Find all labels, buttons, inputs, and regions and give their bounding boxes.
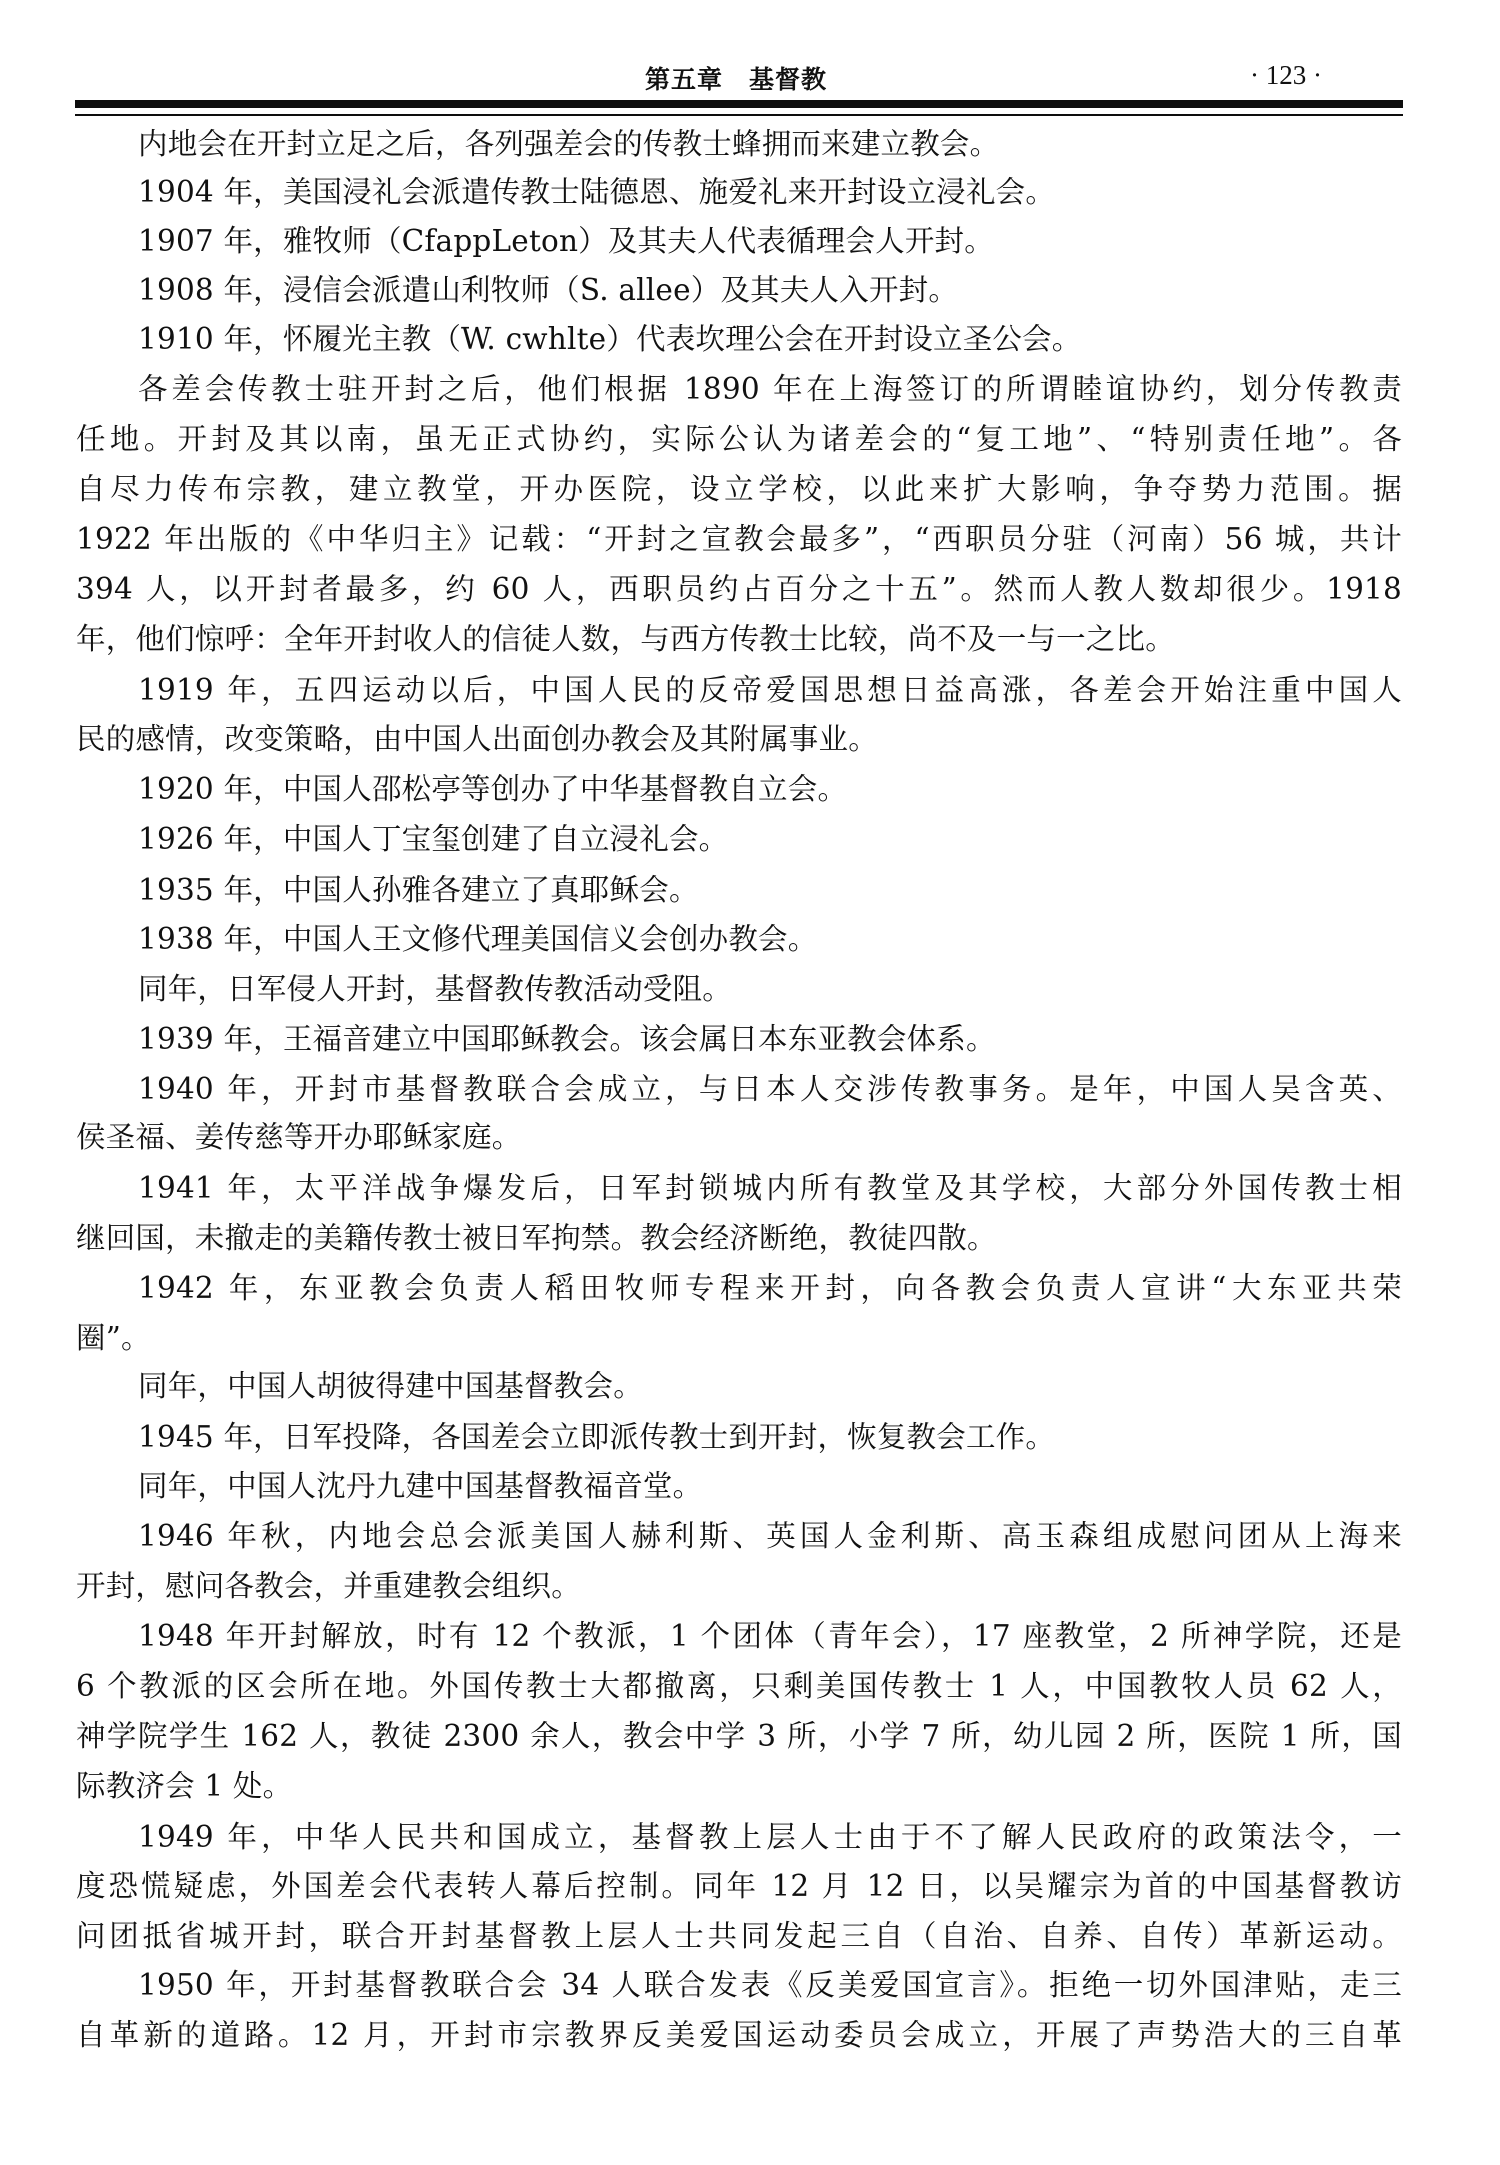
text-line: 问团抵省城开封，联合开封基督教上层人士共同发起三自（自治、自养、自传）革新运动。 bbox=[76, 1916, 1402, 1956]
text-line: 同年，中国人沈丹九建中国基督教福音堂。 bbox=[138, 1466, 1402, 1506]
text-line: 内地会在开封立足之后，各列强差会的传教士蜂拥而来建立教会。 bbox=[138, 124, 1402, 164]
header-rule-thick bbox=[75, 100, 1403, 108]
text-line: 神学院学生 162 人，教徒 2300 余人，教会中学 3 所，小学 7 所，幼… bbox=[76, 1716, 1402, 1756]
text-line: 6 个教派的区会所在地。外国传教士大都撤离，只剩美国传教士 1 人，中国教牧人员… bbox=[76, 1666, 1402, 1706]
text-line: 同年，日军侵人开封，基督教传教活动受阻。 bbox=[138, 969, 1402, 1009]
text-line: 1904 年，美国浸礼会派遣传教士陆德恩、施爱礼来开封设立浸礼会。 bbox=[138, 172, 1402, 212]
text-line: 1948 年开封解放，时有 12 个教派，1 个团体（青年会），17 座教堂，2… bbox=[138, 1616, 1402, 1656]
text-line: 任地。开封及其以南，虽无正式协约，实际公认为诸差会的“复工地”、“特别责任地”。… bbox=[76, 419, 1402, 459]
text-line: 开封，慰问各教会，并重建教会组织。 bbox=[76, 1566, 1402, 1606]
text-line: 1910 年，怀履光主教（W. cwhlte）代表坎理公会在开封设立圣公会。 bbox=[138, 319, 1402, 359]
text-line: 1939 年，王福音建立中国耶稣教会。该会属日本东亚教会体系。 bbox=[138, 1019, 1402, 1059]
text-line: 1946 年秋，内地会总会派美国人赫利斯、英国人金利斯、高玉森组成慰问团从上海来 bbox=[138, 1516, 1402, 1556]
text-line: 1945 年，日军投降，各国差会立即派传教士到开封，恢复教会工作。 bbox=[138, 1417, 1402, 1457]
text-line: 自尽力传布宗教，建立教堂，开办医院，设立学校，以此来扩大影响，争夺势力范围。据 bbox=[76, 469, 1402, 509]
text-line: 1920 年，中国人邵松亭等创办了中华基督教自立会。 bbox=[138, 769, 1402, 809]
text-line: 际教济会 1 处。 bbox=[76, 1766, 1402, 1806]
text-line: 1949 年，中华人民共和国成立，基督教上层人士由于不了解人民政府的政策法令，一 bbox=[138, 1817, 1402, 1857]
header-rule-thin bbox=[75, 114, 1403, 116]
text-line: 1907 年，雅牧师（CfappLeton）及其夫人代表循理会人开封。 bbox=[138, 221, 1402, 261]
text-line: 侯圣福、姜传慈等开办耶稣家庭。 bbox=[76, 1117, 1402, 1157]
text-line: 1942 年，东亚教会负责人稻田牧师专程来开封，向各教会负责人宣讲“大东亚共荣 bbox=[138, 1268, 1402, 1308]
text-line: 年，他们惊呼：全年开封收人的信徒人数，与西方传教士比较，尚不及一与一之比。 bbox=[76, 619, 1402, 659]
text-line: 同年，中国人胡彼得建中国基督教会。 bbox=[138, 1366, 1402, 1406]
text-line: 1940 年，开封市基督教联合会成立，与日本人交涉传教事务。是年，中国人吴含英、 bbox=[138, 1069, 1402, 1109]
text-line: 民的感情，改变策略，由中国人出面创办教会及其附属事业。 bbox=[76, 719, 1402, 759]
text-line: 1926 年，中国人丁宝玺创建了自立浸礼会。 bbox=[138, 819, 1402, 859]
text-line: 继回国，未撤走的美籍传教士被日军拘禁。教会经济断绝，教徒四散。 bbox=[76, 1218, 1402, 1258]
text-line: 1908 年，浸信会派遣山利牧师（S. allee）及其夫人入开封。 bbox=[138, 270, 1402, 310]
text-line: 394 人，以开封者最多，约 60 人，西职员约占百分之十五”。然而人教人数却很… bbox=[76, 569, 1402, 609]
text-line: 各差会传教士驻开封之后，他们根据 1890 年在上海签订的所谓睦谊协约，划分传教… bbox=[138, 369, 1402, 409]
chapter-title: 第五章 基督教 bbox=[645, 60, 827, 96]
text-line: 自革新的道路。12 月，开封市宗教界反美爱国运动委员会成立，开展了声势浩大的三自… bbox=[76, 2015, 1402, 2055]
text-line: 度恐慌疑虑，外国差会代表转人幕后控制。同年 12 月 12 日，以吴耀宗为首的中… bbox=[76, 1866, 1402, 1906]
text-line: 1950 年，开封基督教联合会 34 人联合发表《反美爱国宣言》。拒绝一切外国津… bbox=[138, 1965, 1402, 2005]
text-line: 1935 年，中国人孙雅各建立了真耶稣会。 bbox=[138, 870, 1402, 910]
text-line: 圈”。 bbox=[76, 1318, 1402, 1358]
text-line: 1922 年出版的《中华归主》记载：“开封之宣教会最多”，“西职员分驻（河南）5… bbox=[76, 519, 1402, 559]
text-line: 1919 年，五四运动以后，中国人民的反帝爱国思想日益高涨，各差会开始注重中国人 bbox=[138, 670, 1402, 710]
text-line: 1938 年，中国人王文修代理美国信义会创办教会。 bbox=[138, 919, 1402, 959]
text-line: 1941 年，太平洋战争爆发后，日军封锁城内所有教堂及其学校，大部分外国传教士相 bbox=[138, 1168, 1402, 1208]
running-header: 第五章 基督教 · 123 · bbox=[0, 60, 1500, 96]
page-number: · 123 · bbox=[1250, 60, 1322, 91]
